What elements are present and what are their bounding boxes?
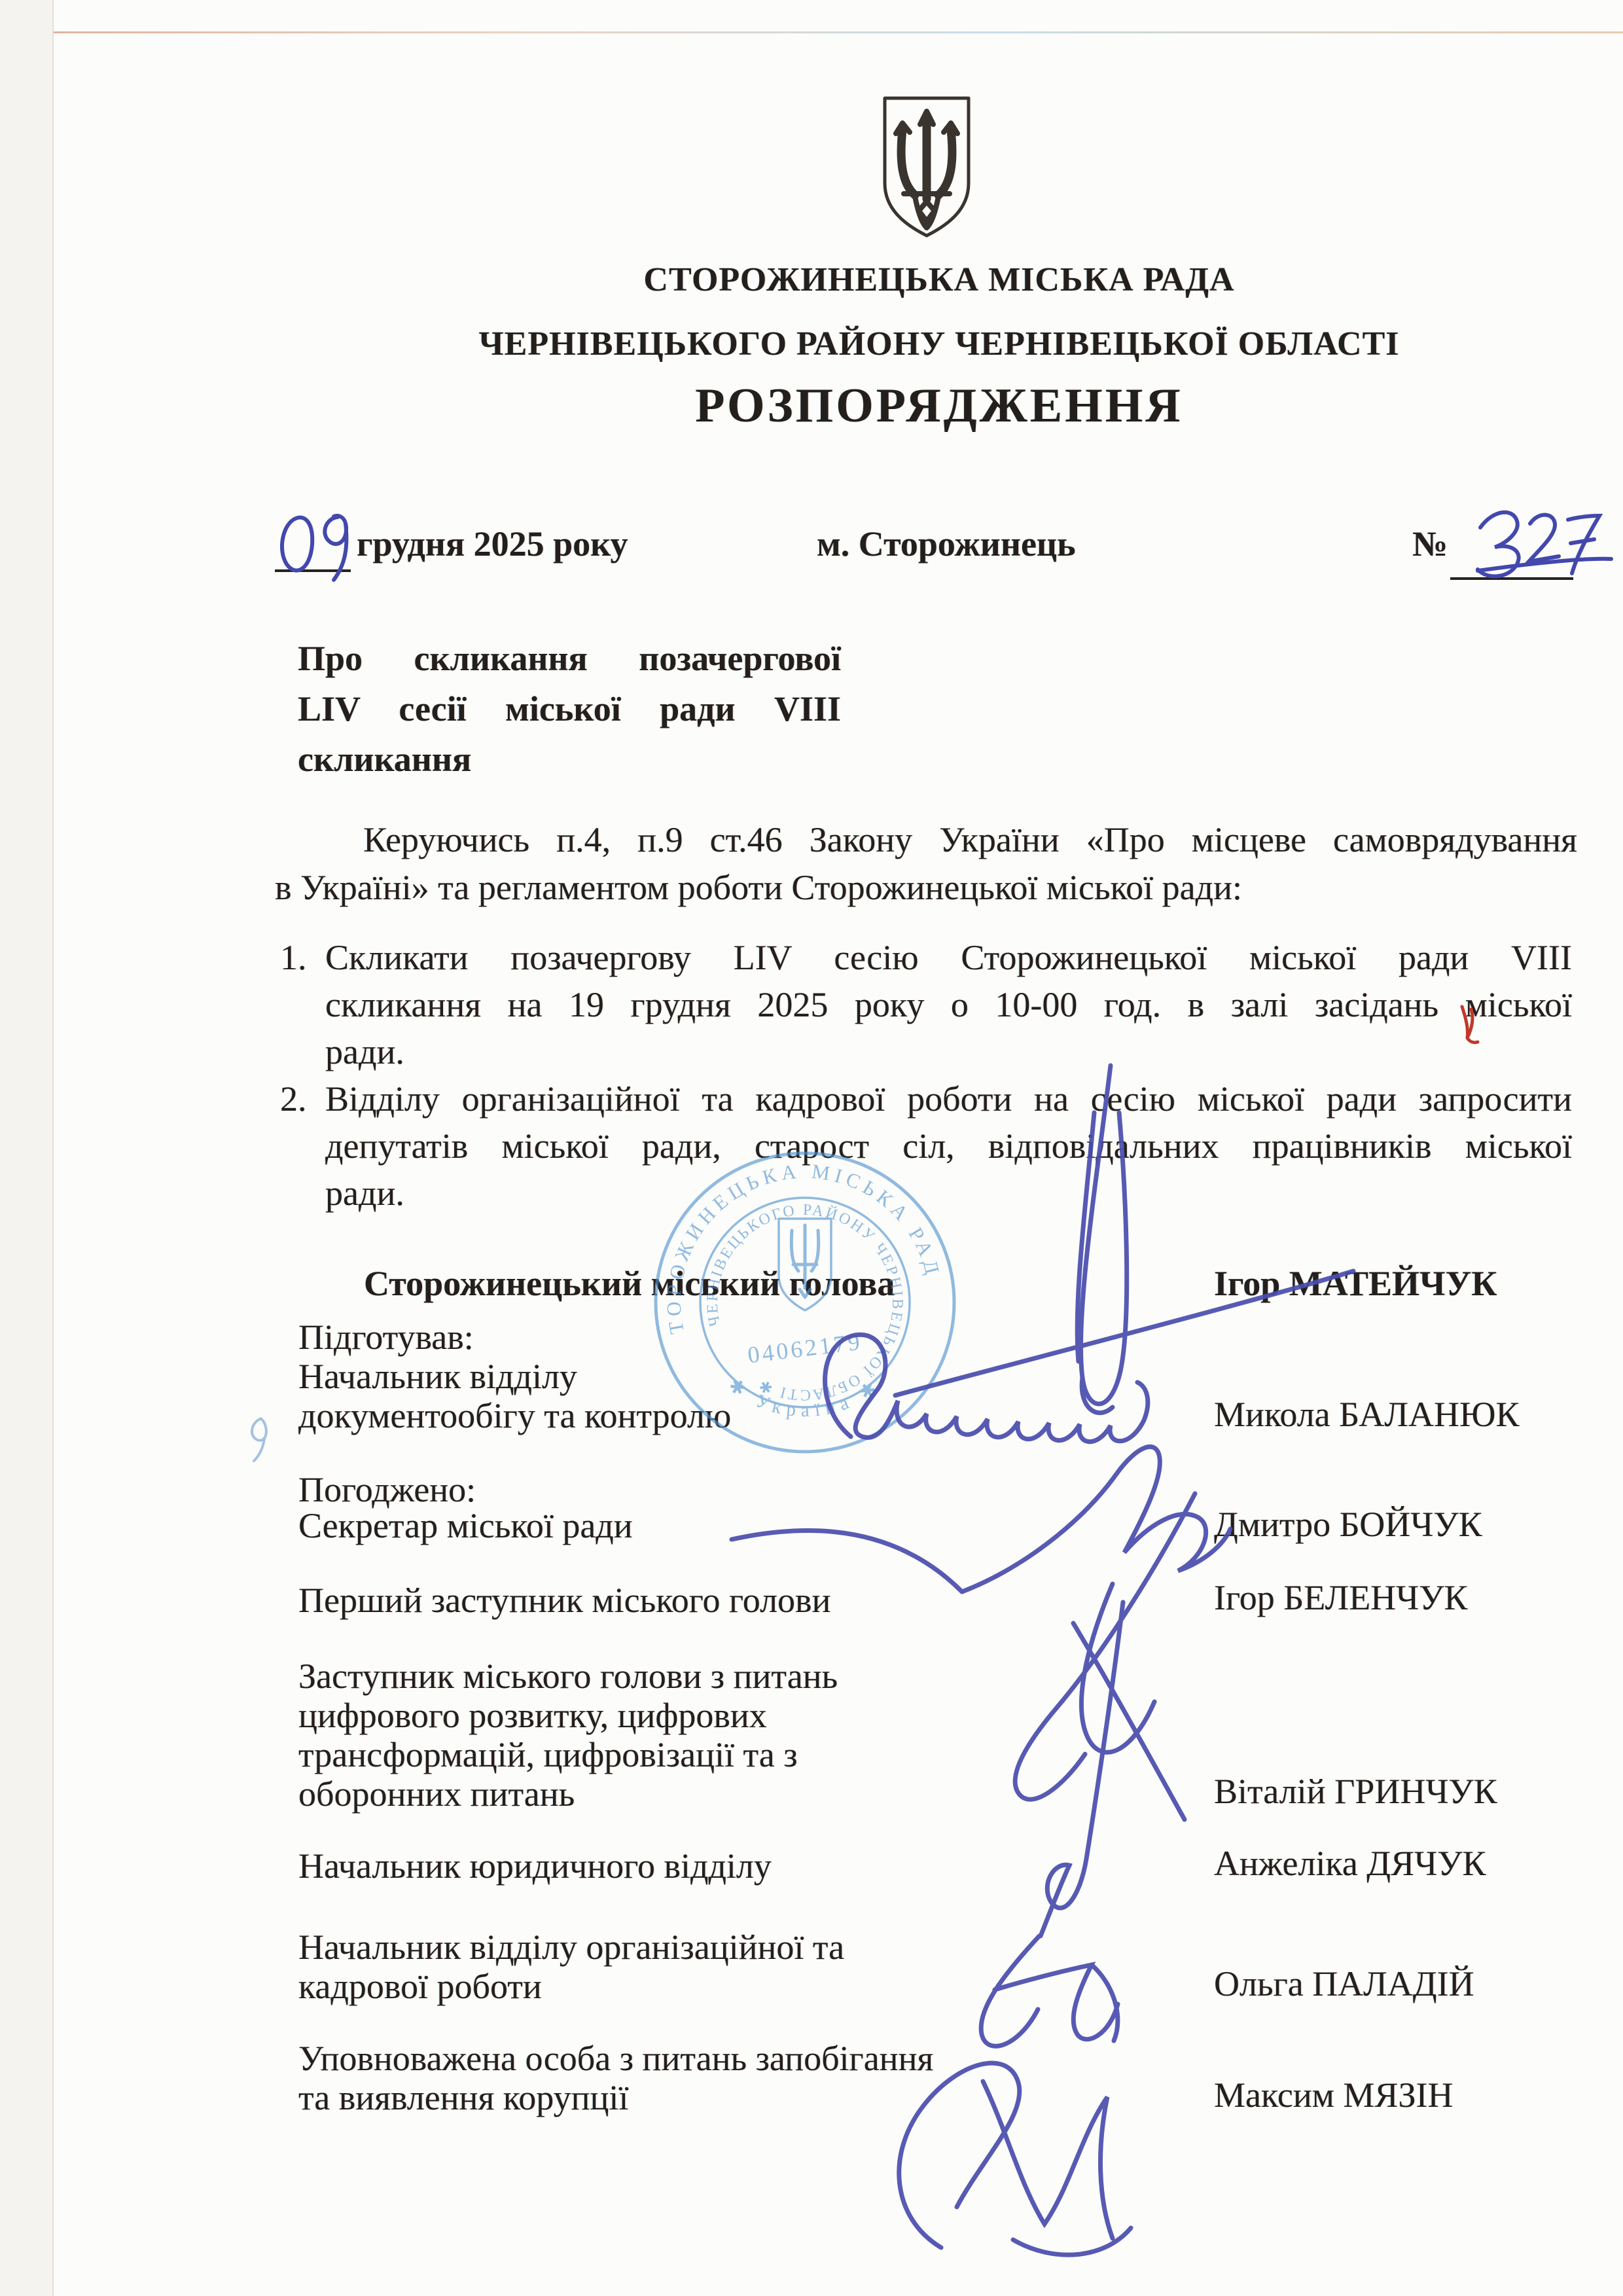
svg-text:✱ Україна ✱: ✱ Україна ✱ — [724, 1374, 885, 1421]
signatory-title-line: Начальник відділу організаційної та — [298, 1927, 844, 1967]
trident-emblem — [885, 98, 969, 236]
stamp-bottom-text: ✱ Україна ✱ — [724, 1374, 885, 1421]
signatory-title-line: Перший заступник міського голови — [298, 1580, 830, 1621]
official-stamp: СТОРОЖИНЕЦЬКА МІСЬКА РАДА ✱ Україна ✱ ЧЕ… — [0, 0, 954, 1476]
signatory-name: Анжеліка ДЯЧУК — [1214, 1843, 1486, 1884]
signatory-name: Ольга ПАЛАДІЙ — [1214, 1964, 1474, 2004]
item-line: Скликати позачергову LIV сесію Сторожине… — [325, 937, 1572, 978]
item-number: 1. — [280, 937, 307, 978]
boichuk-signature — [732, 1446, 1230, 1592]
item-line: депутатів міської ради, старост сіл, від… — [325, 1126, 1572, 1166]
item-number: 2. — [280, 1079, 307, 1119]
subject-line: скликання — [298, 739, 471, 780]
subject-line: Про скликання позачергової — [298, 638, 841, 679]
paladii-signature — [981, 1936, 1118, 2046]
date-text: грудня 2025 року — [357, 524, 628, 564]
signatory-title-line: кадрової роботи — [298, 1966, 542, 2007]
item-line: ради. — [325, 1173, 404, 1213]
signatory-title-line: Начальник юридичного відділу — [298, 1846, 772, 1886]
org-name-line2: ЧЕРНІВЕЦЬКОГО РАЙОНУ ЧЕРНІВЕЦЬКОЇ ОБЛАСТ… — [275, 325, 1603, 363]
scanned-document-page: СТОРОЖИНЕЦЬКА МІСЬКА РАДА ЧЕРНІВЕЦЬКОГО … — [0, 0, 1623, 2296]
signatory-title-line: та виявлення корупції — [298, 2077, 628, 2118]
scan-edge-strip — [0, 0, 52, 2296]
signatory-title-line: цифрового розвитку, цифрових — [298, 1695, 767, 1736]
prepared-title-line: Начальник відділу — [298, 1356, 577, 1397]
svg-text:СТОРОЖИНЕЦЬКА МІСЬКА РАДА: СТОРОЖИНЕЦЬКА МІСЬКА РАДА — [0, 0, 946, 1476]
signatory-title-line: оборонних питань — [298, 1774, 575, 1814]
mayor-title: Сторожинецький міський голова — [364, 1263, 895, 1304]
signatory-title-line: Уповноважена особа з питань запобігання — [298, 2038, 933, 2079]
day-underline — [275, 543, 351, 572]
prepared-heading: Підготував: — [298, 1317, 474, 1357]
signatory-title-line: Секретар міської ради — [298, 1505, 633, 1546]
signatory-name: Ігор БЕЛЕНЧУК — [1214, 1577, 1468, 1618]
belenchuk-signature — [1015, 1494, 1195, 1820]
place-text: м. Сторожинець — [817, 524, 1076, 564]
number-underline — [1450, 551, 1573, 580]
signatory-name: Дмитро БОЙЧУК — [1214, 1504, 1482, 1545]
item-line: Відділу організаційної та кадрової робот… — [325, 1079, 1572, 1119]
stamp-outer-text: СТОРОЖИНЕЦЬКА МІСЬКА РАДА — [0, 0, 946, 1476]
preamble-line: Керуючись п.4, п.9 ст.46 Закону України … — [275, 819, 1577, 860]
subject-line: LIV сесії міської ради VIII — [298, 689, 841, 729]
mayor-name: Ігор МАТЕЙЧУК — [1214, 1263, 1497, 1304]
signatory-title-line: Заступник міського голови з питань — [298, 1656, 838, 1696]
stamp-code: 04062179 — [746, 1328, 864, 1368]
margin-pencil-mark — [252, 1418, 266, 1461]
signatory-name: Максим МЯЗІН — [1214, 2075, 1453, 2115]
document-type-title: РОЗПОРЯДЖЕННЯ — [275, 378, 1603, 434]
item-line: ради. — [325, 1031, 404, 1072]
preamble-line: в Україні» та регламентом роботи Сторожи… — [275, 867, 1242, 908]
prepared-name: Микола БАЛАНЮК — [1214, 1394, 1520, 1435]
number-sign: № — [1412, 524, 1448, 564]
scan-edge-line — [52, 0, 54, 2296]
agreed-heading: Погоджено: — [298, 1469, 476, 1510]
item-line: скликання на 19 грудня 2025 року о 10-00… — [325, 984, 1572, 1025]
miazin-signature — [899, 2063, 1131, 2255]
signatory-title-line: трансформацій, цифровізації та з — [298, 1734, 798, 1775]
prepared-title-line: документообігу та контролю — [298, 1395, 731, 1436]
scan-top-edge-line — [54, 31, 1623, 33]
hrynchuk-signature — [1041, 1602, 1123, 1936]
org-name-line1: СТОРОЖИНЕЦЬКА МІСЬКА РАДА — [275, 260, 1603, 299]
signatory-name: Віталій ГРИНЧУК — [1214, 1771, 1497, 1812]
